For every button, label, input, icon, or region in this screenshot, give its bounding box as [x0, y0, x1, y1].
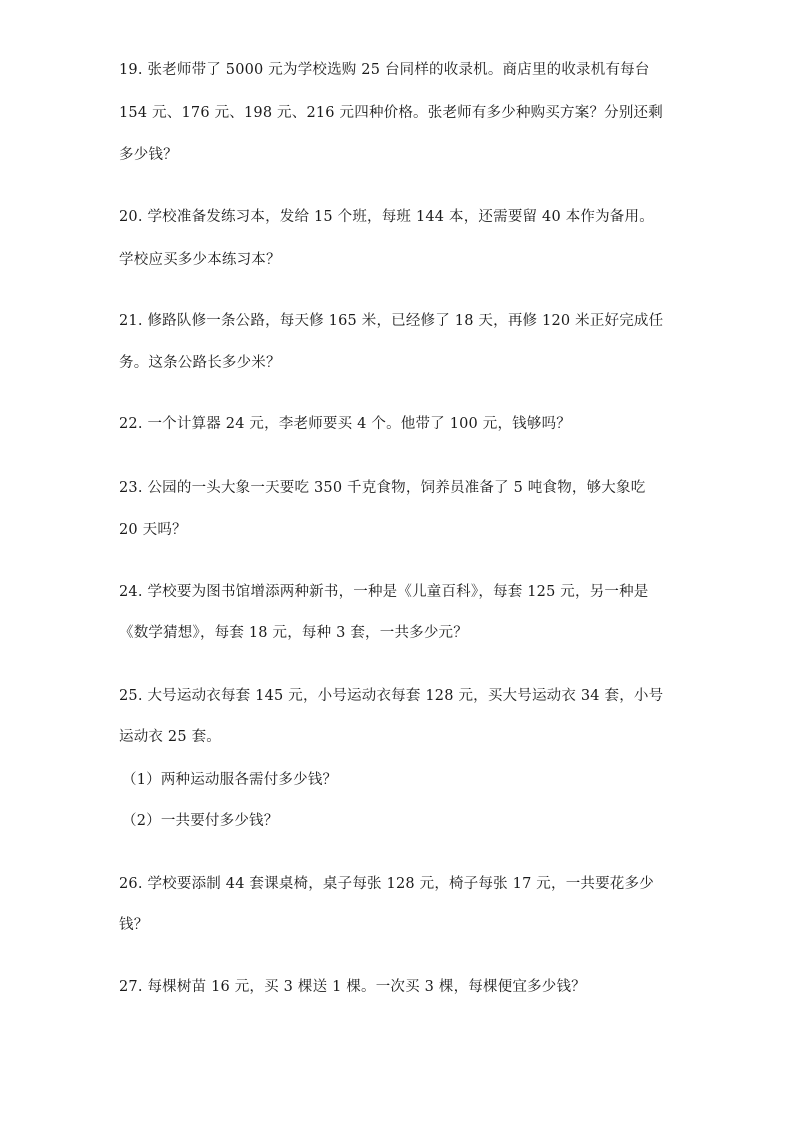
- problem-line: 25. 大号运动衣每套 145 元，小号运动衣每套 128 元，买大号运动衣 3…: [119, 686, 663, 706]
- problem-line: 钱？: [119, 915, 148, 935]
- problem-line: 27. 每棵树苗 16 元，买 3 棵送 1 棵。一次买 3 棵，每棵便宜多少钱…: [119, 977, 586, 997]
- problem-line: 20 天吗？: [119, 520, 187, 540]
- problem-line: 154 元、176 元、198 元、216 元四种价格。张老师有多少种购买方案？…: [119, 103, 663, 123]
- problem-line: 24. 学校要为图书馆增添两种新书，一种是《儿童百科》，每套 125 元，另一种…: [119, 582, 649, 602]
- problem-line: 务。这条公路长多少米？: [119, 353, 281, 373]
- sub-question: （2）一共要付多少钱？: [122, 811, 278, 831]
- sub-question: （1）两种运动服各需付多少钱？: [122, 770, 337, 790]
- problem-line: 《数学猜想》，每套 18 元，每种 3 套，一共多少元？: [119, 623, 468, 643]
- problem-line: 20. 学校准备发练习本，发给 15 个班，每班 144 本，还需要留 40 本…: [119, 207, 654, 227]
- problem-line: 19. 张老师带了 5000 元为学校选购 25 台同样的收录机。商店里的收录机…: [119, 60, 650, 80]
- problem-line: 学校应买多少本练习本？: [119, 250, 281, 270]
- problem-line: 运动衣 25 套。: [119, 727, 221, 747]
- problem-line: 23. 公园的一头大象一天要吃 350 千克食物，饲养员准备了 5 吨食物，够大…: [119, 478, 645, 498]
- problem-line: 26. 学校要添制 44 套课桌椅，桌子每张 128 元，椅子每张 17 元，一…: [119, 874, 654, 894]
- problem-line: 21. 修路队修一条公路，每天修 165 米，已经修了 18 天，再修 120 …: [119, 311, 663, 331]
- problem-line: 22. 一个计算器 24 元，李老师要买 4 个。他带了 100 元，钱够吗？: [119, 414, 571, 434]
- problem-line: 多少钱？: [119, 145, 178, 165]
